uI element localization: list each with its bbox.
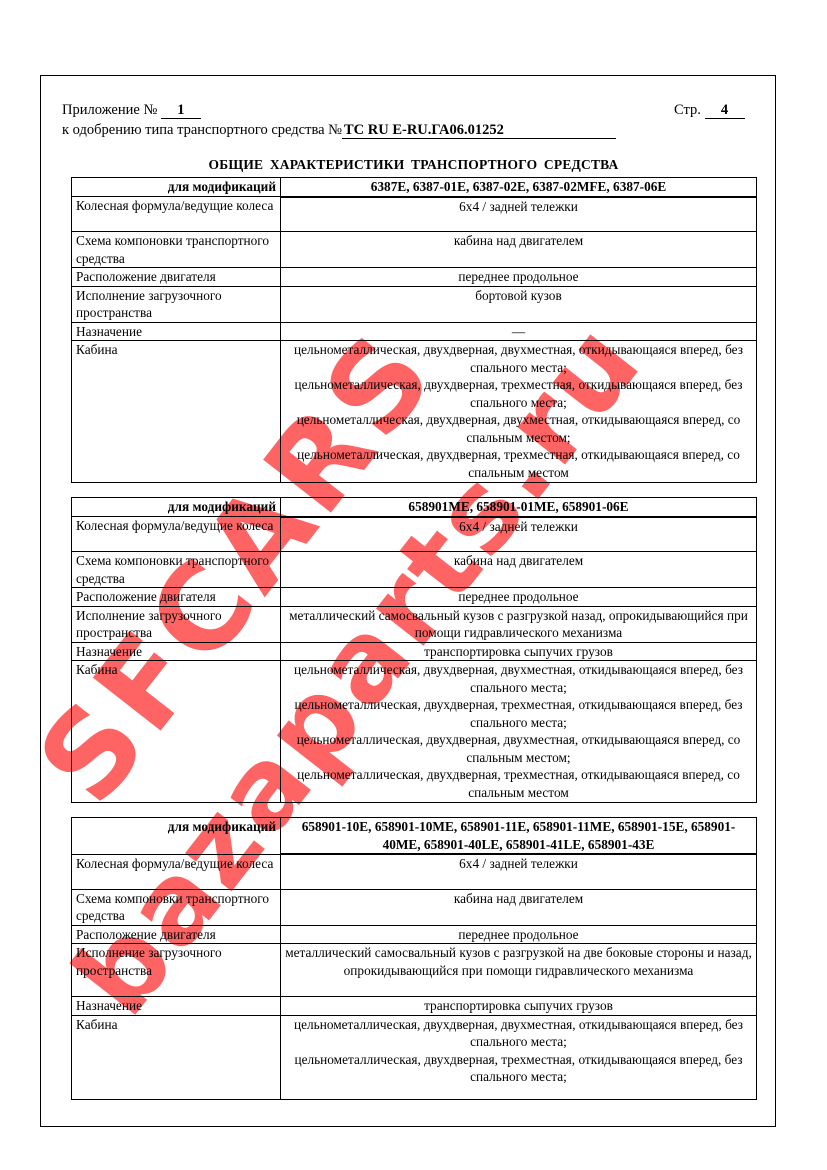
page-title: ОБЩИЕ ХАРАКТЕРИСТИКИ ТРАНСПОРТНОГО СРЕДС…: [0, 157, 827, 173]
cabin-variant: цельнометаллическая, двухдверная, трехме…: [285, 766, 752, 801]
appendix-label: Приложение №: [62, 102, 157, 118]
table-row: Назначениетранспортировка сыпучих грузов: [72, 642, 757, 661]
row-key: Назначение: [72, 642, 281, 661]
cabin-label: Кабина: [72, 341, 281, 483]
row-key: Расположение двигателя: [72, 925, 281, 944]
row-key: Расположение двигателя: [72, 268, 281, 287]
page-number-line: Стр. 4: [674, 102, 745, 119]
row-key: Колесная формула/ведущие колеса: [72, 854, 281, 889]
table-row: Назначениетранспортировка сыпучих грузов: [72, 997, 757, 1016]
appendix-line: Приложение № 1: [62, 102, 201, 119]
table-head-row: для модификаций658901МЕ, 658901-01МЕ, 65…: [72, 498, 757, 517]
row-value: переднее продольное: [281, 268, 757, 287]
modifications-list: 658901-10Е, 658901-10МЕ, 658901-11Е, 658…: [281, 818, 757, 855]
table-row-cabin: Кабинацельнометаллическая, двухдверная, …: [72, 341, 757, 483]
cabin-variant: цельнометаллическая, двухдверная, трехме…: [285, 446, 752, 481]
table-row-cabin: Кабинацельнометаллическая, двухдверная, …: [72, 1015, 757, 1099]
table-row: Исполнение загрузочного пространствамета…: [72, 944, 757, 997]
table-head-row: для модификаций6387Е, 6387-01Е, 6387-02Е…: [72, 178, 757, 197]
table-row-cabin: Кабинацельнометаллическая, двухдверная, …: [72, 661, 757, 803]
modifications-label: для модификаций: [72, 818, 281, 855]
table-head-row: для модификаций658901-10Е, 658901-10МЕ, …: [72, 818, 757, 855]
cabin-variant: цельнометаллическая, двухдверная, трехме…: [285, 1051, 752, 1086]
cabin-variant: цельнометаллическая, двухдверная, двухме…: [285, 731, 752, 766]
approval-label: к одобрению типа транспортного средства …: [62, 122, 342, 138]
row-key: Колесная формула/ведущие колеса: [72, 197, 281, 232]
cabin-variant: цельнометаллическая, двухдверная, двухме…: [285, 341, 752, 376]
row-key: Схема компоновки транспортного средства: [72, 889, 281, 925]
row-key: Исполнение загрузочного пространства: [72, 944, 281, 997]
modifications-label: для модификаций: [72, 178, 281, 197]
row-key: Исполнение загрузочного пространства: [72, 606, 281, 642]
table-row: Колесная формула/ведущие колеса6х4 / зад…: [72, 854, 757, 889]
row-key: Схема компоновки транспортного средства: [72, 552, 281, 588]
spec-table-2: для модификаций658901МЕ, 658901-01МЕ, 65…: [71, 497, 757, 803]
row-value: металлический самосвальный кузов с разгр…: [281, 944, 757, 997]
row-key: Расположение двигателя: [72, 588, 281, 607]
cabin-value: цельнометаллическая, двухдверная, двухме…: [281, 661, 757, 803]
table-row: Исполнение загрузочного пространствамета…: [72, 606, 757, 642]
modifications-list: 658901МЕ, 658901-01МЕ, 658901-06Е: [281, 498, 757, 517]
page-number: 4: [705, 103, 745, 119]
spec-table-3: для модификаций658901-10Е, 658901-10МЕ, …: [71, 817, 757, 1100]
row-value: транспортировка сыпучих грузов: [281, 997, 757, 1016]
row-value: 6х4 / задней тележки: [281, 854, 757, 889]
approval-number: ТС RU E-RU.ГА06.01252: [342, 123, 616, 139]
page-label: Стр.: [674, 102, 701, 118]
cabin-value: цельнометаллическая, двухдверная, двухме…: [281, 1015, 757, 1099]
row-value: кабина над двигателем: [281, 889, 757, 925]
row-value: металлический самосвальный кузов с разгр…: [281, 606, 757, 642]
row-key: Исполнение загрузочного пространства: [72, 286, 281, 322]
table-row: Исполнение загрузочного пространстваборт…: [72, 286, 757, 322]
row-key: Колесная формула/ведущие колеса: [72, 517, 281, 552]
row-value: 6х4 / задней тележки: [281, 517, 757, 552]
table-row: Схема компоновки транспортного средствак…: [72, 232, 757, 268]
table-row: Расположение двигателяпереднее продольно…: [72, 268, 757, 287]
row-key: Назначение: [72, 997, 281, 1016]
row-value: транспортировка сыпучих грузов: [281, 642, 757, 661]
cabin-variant: цельнометаллическая, двухдверная, трехме…: [285, 696, 752, 731]
cabin-variant: цельнометаллическая, двухдверная, двухме…: [285, 411, 752, 446]
cabin-variant: цельнометаллическая, двухдверная, трехме…: [285, 376, 752, 411]
table-row: Расположение двигателяпереднее продольно…: [72, 588, 757, 607]
row-value: —: [281, 322, 757, 341]
row-value: 6х4 / задней тележки: [281, 197, 757, 232]
row-value: бортовой кузов: [281, 286, 757, 322]
table-row: Назначение—: [72, 322, 757, 341]
table-row: Колесная формула/ведущие колеса6х4 / зад…: [72, 197, 757, 232]
cabin-variant: цельнометаллическая, двухдверная, двухме…: [285, 1016, 752, 1051]
spec-table-1: для модификаций6387Е, 6387-01Е, 6387-02Е…: [71, 177, 757, 483]
modifications-label: для модификаций: [72, 498, 281, 517]
cabin-label: Кабина: [72, 1015, 281, 1099]
row-value: кабина над двигателем: [281, 232, 757, 268]
row-value: переднее продольное: [281, 588, 757, 607]
approval-line: к одобрению типа транспортного средства …: [62, 122, 616, 139]
modifications-list: 6387Е, 6387-01Е, 6387-02Е, 6387-02МFЕ, 6…: [281, 178, 757, 197]
row-value: кабина над двигателем: [281, 552, 757, 588]
table-row: Схема компоновки транспортного средствак…: [72, 552, 757, 588]
row-key: Схема компоновки транспортного средства: [72, 232, 281, 268]
row-value: переднее продольное: [281, 925, 757, 944]
cabin-variant: цельнометаллическая, двухдверная, двухме…: [285, 661, 752, 696]
table-row: Расположение двигателяпереднее продольно…: [72, 925, 757, 944]
cabin-label: Кабина: [72, 661, 281, 803]
table-row: Схема компоновки транспортного средствак…: [72, 889, 757, 925]
appendix-number: 1: [161, 103, 201, 119]
row-key: Назначение: [72, 322, 281, 341]
table-row: Колесная формула/ведущие колеса6х4 / зад…: [72, 517, 757, 552]
cabin-value: цельнометаллическая, двухдверная, двухме…: [281, 341, 757, 483]
